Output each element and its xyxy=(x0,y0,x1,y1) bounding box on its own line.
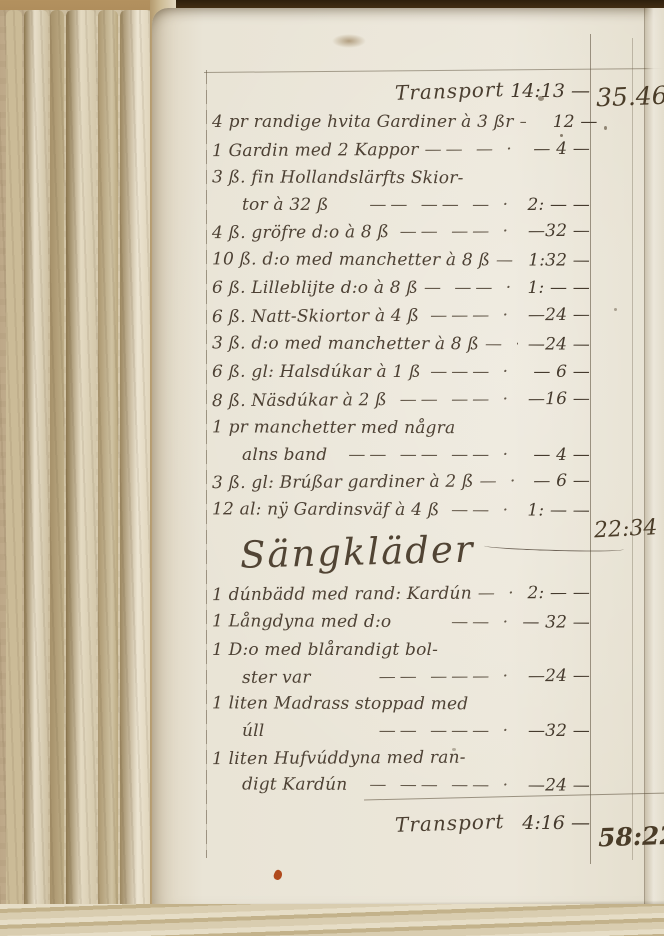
item-amount: 1:32 — xyxy=(518,250,590,270)
item-amount: 1: — — xyxy=(518,278,590,298)
dash-filler: —— —— · xyxy=(387,389,518,410)
bottom-page-edges xyxy=(0,904,664,936)
ledger-line: 1 Långdyna med d:o—— ·— 32 — xyxy=(212,607,590,636)
item-amount: —24 — xyxy=(518,305,590,325)
transport-sum-row: Transport14:13 — xyxy=(212,74,590,108)
dash-filler: — · xyxy=(490,250,518,270)
item-description: 6 ß. Lilleblijte d:o à 8 ß xyxy=(212,278,418,298)
transport-label: Transport xyxy=(394,809,504,837)
transport-amount: 14:13 — xyxy=(504,80,590,102)
item-description: 6 ß. gl: Halsdúkar à 1 ß xyxy=(212,362,421,382)
item-description-continued: digt Kardún xyxy=(212,774,347,794)
ink-speck xyxy=(560,134,563,137)
transport-sum-row: Transport4:16 — xyxy=(212,806,590,840)
ink-speck xyxy=(614,308,617,311)
item-description-continued: úll xyxy=(212,721,264,741)
item-amount: 2: — — xyxy=(518,583,590,603)
ledger-line: 12 al: nÿ Gardinsväf à 4 ß—— ·1: — — xyxy=(212,495,590,524)
item-description: 8 ß. Näsdúkar à 2 ß xyxy=(212,390,387,411)
item-amount: — 6 — xyxy=(518,362,590,382)
dash-filler: ——— · xyxy=(419,305,518,326)
adjacent-page-edge xyxy=(645,8,664,908)
dash-filler: —— ——— · xyxy=(264,721,518,741)
ink-speck xyxy=(452,748,456,751)
item-amount: —24 — xyxy=(518,666,590,686)
transport-label: Transport xyxy=(394,77,504,105)
ledger-line: 10 ß. d:o med manchetter à 8 ß— ·1:32 — xyxy=(212,245,590,274)
dash-filler: —— —— — · xyxy=(329,195,518,215)
ledger-line: 4 ß. gröfre d:o à 8 ß—— —— ·—32 — xyxy=(212,217,590,247)
ink-smudge xyxy=(332,34,366,48)
ledger-line: 1 dúnbädd med rand: Kardún— ·2: — — xyxy=(212,579,590,609)
dash-filler: —— — · xyxy=(419,139,519,160)
item-description: 1 Långdyna med d:o xyxy=(212,611,391,632)
item-description: 12 al: nÿ Gardinsväf à 4 ß xyxy=(212,499,439,520)
item-amount: — 4 — xyxy=(518,445,590,465)
dash-filler: —— · xyxy=(391,612,518,632)
dash-filler: —— —— · xyxy=(389,221,518,242)
item-description: 1 D:o med blårandigt bol- xyxy=(212,640,438,660)
ledger-line: 3 ß. d:o med manchetter à 8 ß— ·—24 — xyxy=(212,329,590,358)
ledger-line: 4 pr randige hvita Gardiner à 3 ßr—12 — xyxy=(212,108,590,136)
item-description: 1 Gardin med 2 Kappor xyxy=(212,140,419,161)
ledger-line: 1 pr manchetter med några xyxy=(212,413,590,442)
item-description-continued: alns band xyxy=(212,445,327,465)
dash-filler: — —— · xyxy=(418,278,518,298)
section-heading: Sängkläder xyxy=(211,527,475,577)
ledger-line: 3 ß. gl: Brúßar gardiner à 2 ß— ·— 6 — xyxy=(212,467,590,497)
item-amount: —24 — xyxy=(518,775,590,795)
ink-speck xyxy=(538,96,544,101)
ledger-entries: Transport14:13 —4 pr randige hvita Gardi… xyxy=(212,74,590,840)
item-amount: —32 — xyxy=(518,721,590,741)
item-description: 3 ß. gl: Brúßar gardiner à 2 ß xyxy=(212,472,474,494)
item-amount: —24 — xyxy=(518,334,590,354)
item-amount: — 6 — xyxy=(518,471,590,491)
item-amount: 2: — — xyxy=(518,195,590,215)
dash-filler: — · xyxy=(473,471,518,491)
manuscript-page: Transport14:13 —4 pr randige hvita Gardi… xyxy=(152,8,664,908)
manuscript-photo: Transport14:13 —4 pr randige hvita Gardi… xyxy=(0,0,664,936)
section-heading-row: Sängkläder xyxy=(212,524,590,580)
dash-filler: —— ——— · xyxy=(311,666,518,687)
ledger-line-continuation: digt Kardún— —— —— ·—24 — xyxy=(212,771,590,798)
ledger-line: 1 liten Madrass stoppad med xyxy=(212,689,590,718)
dash-filler: — xyxy=(514,112,526,132)
item-amount: — 4 — xyxy=(518,139,590,159)
ledger-line-continuation: úll—— ——— ·—32 — xyxy=(212,718,590,744)
dash-filler: — —— —— · xyxy=(347,775,518,796)
ledger-line-continuation: alns band—— —— —— ·— 4 — xyxy=(212,442,590,468)
item-description: 6 ß. Natt-Skiortor à 4 ß xyxy=(212,306,419,327)
item-amount: —32 — xyxy=(518,221,590,241)
dash-filler: —— —— —— · xyxy=(327,445,518,465)
dash-filler: ——— · xyxy=(421,362,518,382)
item-description: 1 liten Hufvúddyna med ran- xyxy=(212,748,466,770)
margin-total-top: 35.46 xyxy=(596,81,664,112)
ledger-line: 6 ß. Lilleblijte d:o à 8 ß— —— ·1: — — xyxy=(212,274,590,302)
item-description: 10 ß. d:o med manchetter à 8 ß xyxy=(212,249,490,270)
item-description: 3 ß. fin Hollandslärfts Skior- xyxy=(212,167,464,188)
item-amount: 12 — xyxy=(526,112,598,132)
ruled-line-amount-column xyxy=(590,34,591,864)
ink-speck xyxy=(604,126,607,130)
ledger-line: 1 Gardin med 2 Kappor—— — ·— 4 — xyxy=(212,135,590,165)
dash-filler: —— · xyxy=(439,500,518,520)
margin-total-bottom: 58:22 xyxy=(598,821,664,853)
ledger-line-continuation: ster var—— ——— ·—24 — xyxy=(212,663,590,691)
item-description-continued: ster var xyxy=(212,668,311,689)
ruled-line-left-margin xyxy=(206,70,207,858)
sealing-wax-speck xyxy=(272,869,283,881)
item-description: 3 ß. d:o med manchetter à 8 ß xyxy=(212,333,479,354)
item-description: 4 ß. gröfre d:o à 8 ß xyxy=(212,222,389,243)
margin-total-middle: 22:34 — xyxy=(593,514,664,544)
transport-amount: 4:16 — xyxy=(504,812,590,834)
item-description: 1 liten Madrass stoppad med xyxy=(212,693,468,714)
item-amount: —16 — xyxy=(518,389,590,409)
ledger-line: 1 liten Hufvúddyna med ran- xyxy=(212,743,590,773)
item-description: 1 pr manchetter med några xyxy=(212,417,455,438)
ledger-line: 6 ß. Natt-Skiortor à 4 ß——— ·—24 — xyxy=(212,301,590,331)
ledger-line: 8 ß. Näsdúkar à 2 ß—— —— ·—16 — xyxy=(212,385,590,415)
item-description: 1 dúnbädd med rand: Kardún xyxy=(212,584,472,606)
ruled-line-top xyxy=(204,68,664,73)
dash-filler: — · xyxy=(472,583,518,603)
dash-filler: — · xyxy=(479,334,518,354)
item-description: 4 pr randige hvita Gardiner à 3 ßr xyxy=(212,112,514,132)
item-amount: — 32 — xyxy=(518,612,590,632)
item-amount: 1: — — xyxy=(518,500,590,520)
ledger-line-continuation: tor à 32 ß—— —— — ·2: — — xyxy=(212,192,590,218)
ledger-line: 1 D:o med blårandigt bol- xyxy=(212,636,590,664)
item-description-continued: tor à 32 ß xyxy=(212,195,329,215)
ledger-line: 6 ß. gl: Halsdúkar à 1 ß——— ·— 6 — xyxy=(212,358,590,386)
ruled-line-margin-column xyxy=(632,38,633,860)
ledger-line: 3 ß. fin Hollandslärfts Skior- xyxy=(212,163,590,192)
